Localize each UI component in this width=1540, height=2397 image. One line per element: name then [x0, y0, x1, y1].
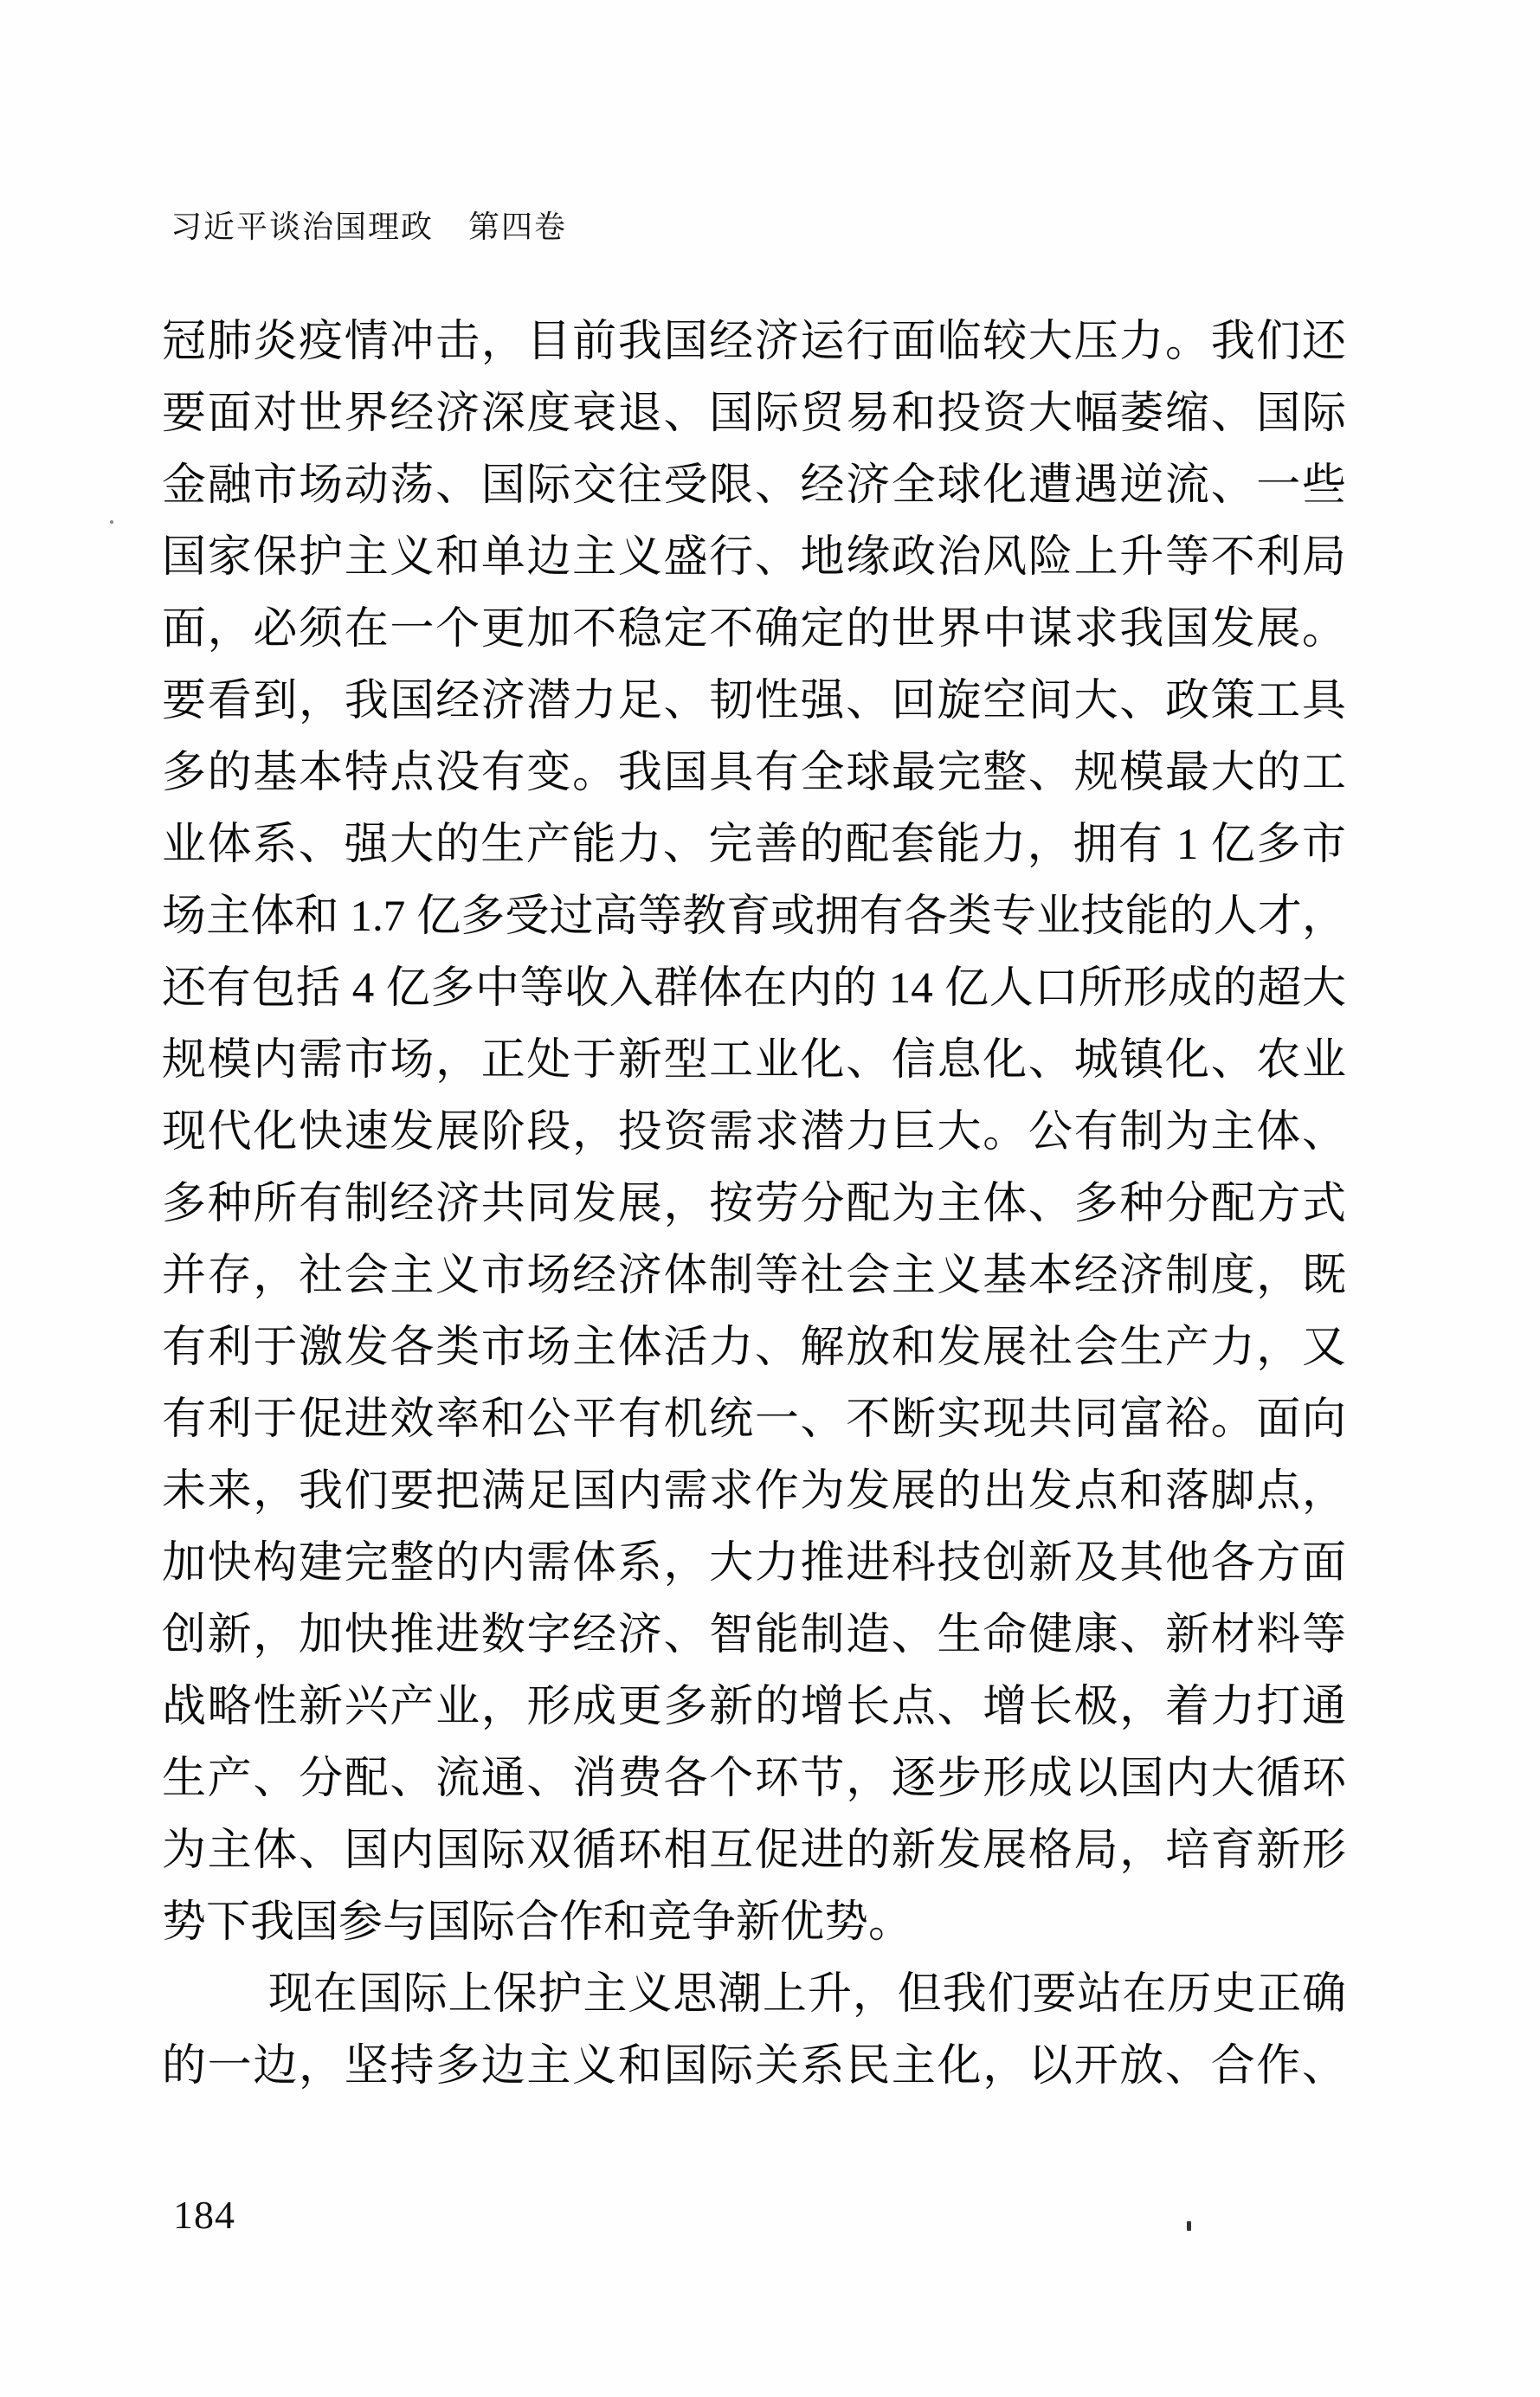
page-number: 184 [173, 2192, 235, 2238]
body-text-line: 多的基本特点没有变。我国具有全球最完整、规模最大的工 [162, 738, 1346, 809]
body-text: 冠肺炎疫情冲击，目前我国经济运行面临较大压力。我们还 要面对世界经济深度衰退、国… [162, 306, 1346, 2103]
body-text-line: 生产、分配、流通、消费各个环节，逐步形成以国内大循环 [162, 1743, 1346, 1815]
body-text-line-paragraph-start: 现在国际上保护主义思潮上升，但我们要站在历史正确 [162, 1959, 1346, 2031]
body-text-line-paragraph-end: 势下我国参与国际合作和竞争新优势。 [162, 1887, 1346, 1959]
body-text-line: 还有包括 4 亿多中等收入群体在内的 14 亿人口所形成的超大 [162, 953, 1346, 1025]
body-text-line: 冠肺炎疫情冲击，目前我国经济运行面临较大压力。我们还 [162, 306, 1346, 378]
body-text-line: 金融市场动荡、国际交往受限、经济全球化遭遇逆流、一些 [162, 450, 1346, 522]
body-text-line: 有利于促进效率和公平有机统一、不断实现共同富裕。面向 [162, 1384, 1346, 1456]
body-text-line: 的一边，坚持多边主义和国际关系民主化，以开放、合作、 [162, 2031, 1346, 2103]
body-text-line: 场主体和 1.7 亿多受过高等教育或拥有各类专业技能的人才， [162, 881, 1346, 953]
body-text-line: 国家保护主义和单边主义盛行、地缘政治风险上升等不利局 [162, 522, 1346, 594]
header-book-title: 习近平谈治国理政 [171, 209, 434, 244]
book-page: 习近平谈治国理政第四卷 冠肺炎疫情冲击，目前我国经济运行面临较大压力。我们还 要… [0, 0, 1540, 2397]
body-text-line: 未来，我们要把满足国内需求作为发展的出发点和落脚点， [162, 1456, 1346, 1528]
body-text-line: 创新，加快推进数字经济、智能制造、生命健康、新材料等 [162, 1600, 1346, 1672]
body-text-line: 面，必须在一个更加不稳定不确定的世界中谋求我国发展。 [162, 594, 1346, 666]
body-text-line: 规模内需市场，正处于新型工业化、信息化、城镇化、农业 [162, 1025, 1346, 1097]
body-text-line: 加快构建完整的内需体系，大力推进科技创新及其他各方面 [162, 1528, 1346, 1600]
body-text-line: 为主体、国内国际双循环相互促进的新发展格局，培育新形 [162, 1815, 1346, 1887]
body-text-line: 现代化快速发展阶段，投资需求潜力巨大。公有制为主体、 [162, 1097, 1346, 1169]
body-text-line: 战略性新兴产业，形成更多新的增长点、增长极，着力打通 [162, 1672, 1346, 1743]
body-text-line: 多种所有制经济共同发展，按劳分配为主体、多种分配方式 [162, 1169, 1346, 1240]
body-text-line: 要看到，我国经济潜力足、韧性强、回旋空间大、政策工具 [162, 666, 1346, 738]
body-text-line: 并存，社会主义市场经济体制等社会主义基本经济制度，既 [162, 1240, 1346, 1312]
header-volume: 第四卷 [468, 209, 567, 244]
body-text-line: 要面对世界经济深度衰退、国际贸易和投资大幅萎缩、国际 [162, 378, 1346, 450]
body-text-line: 业体系、强大的生产能力、完善的配套能力，拥有 1 亿多市 [162, 809, 1346, 881]
scan-artifact-dot [1187, 2221, 1191, 2231]
page-header: 习近平谈治国理政第四卷 [171, 203, 567, 247]
scan-artifact-dot [110, 520, 113, 524]
body-text-line: 有利于激发各类市场主体活力、解放和发展社会生产力，又 [162, 1312, 1346, 1384]
